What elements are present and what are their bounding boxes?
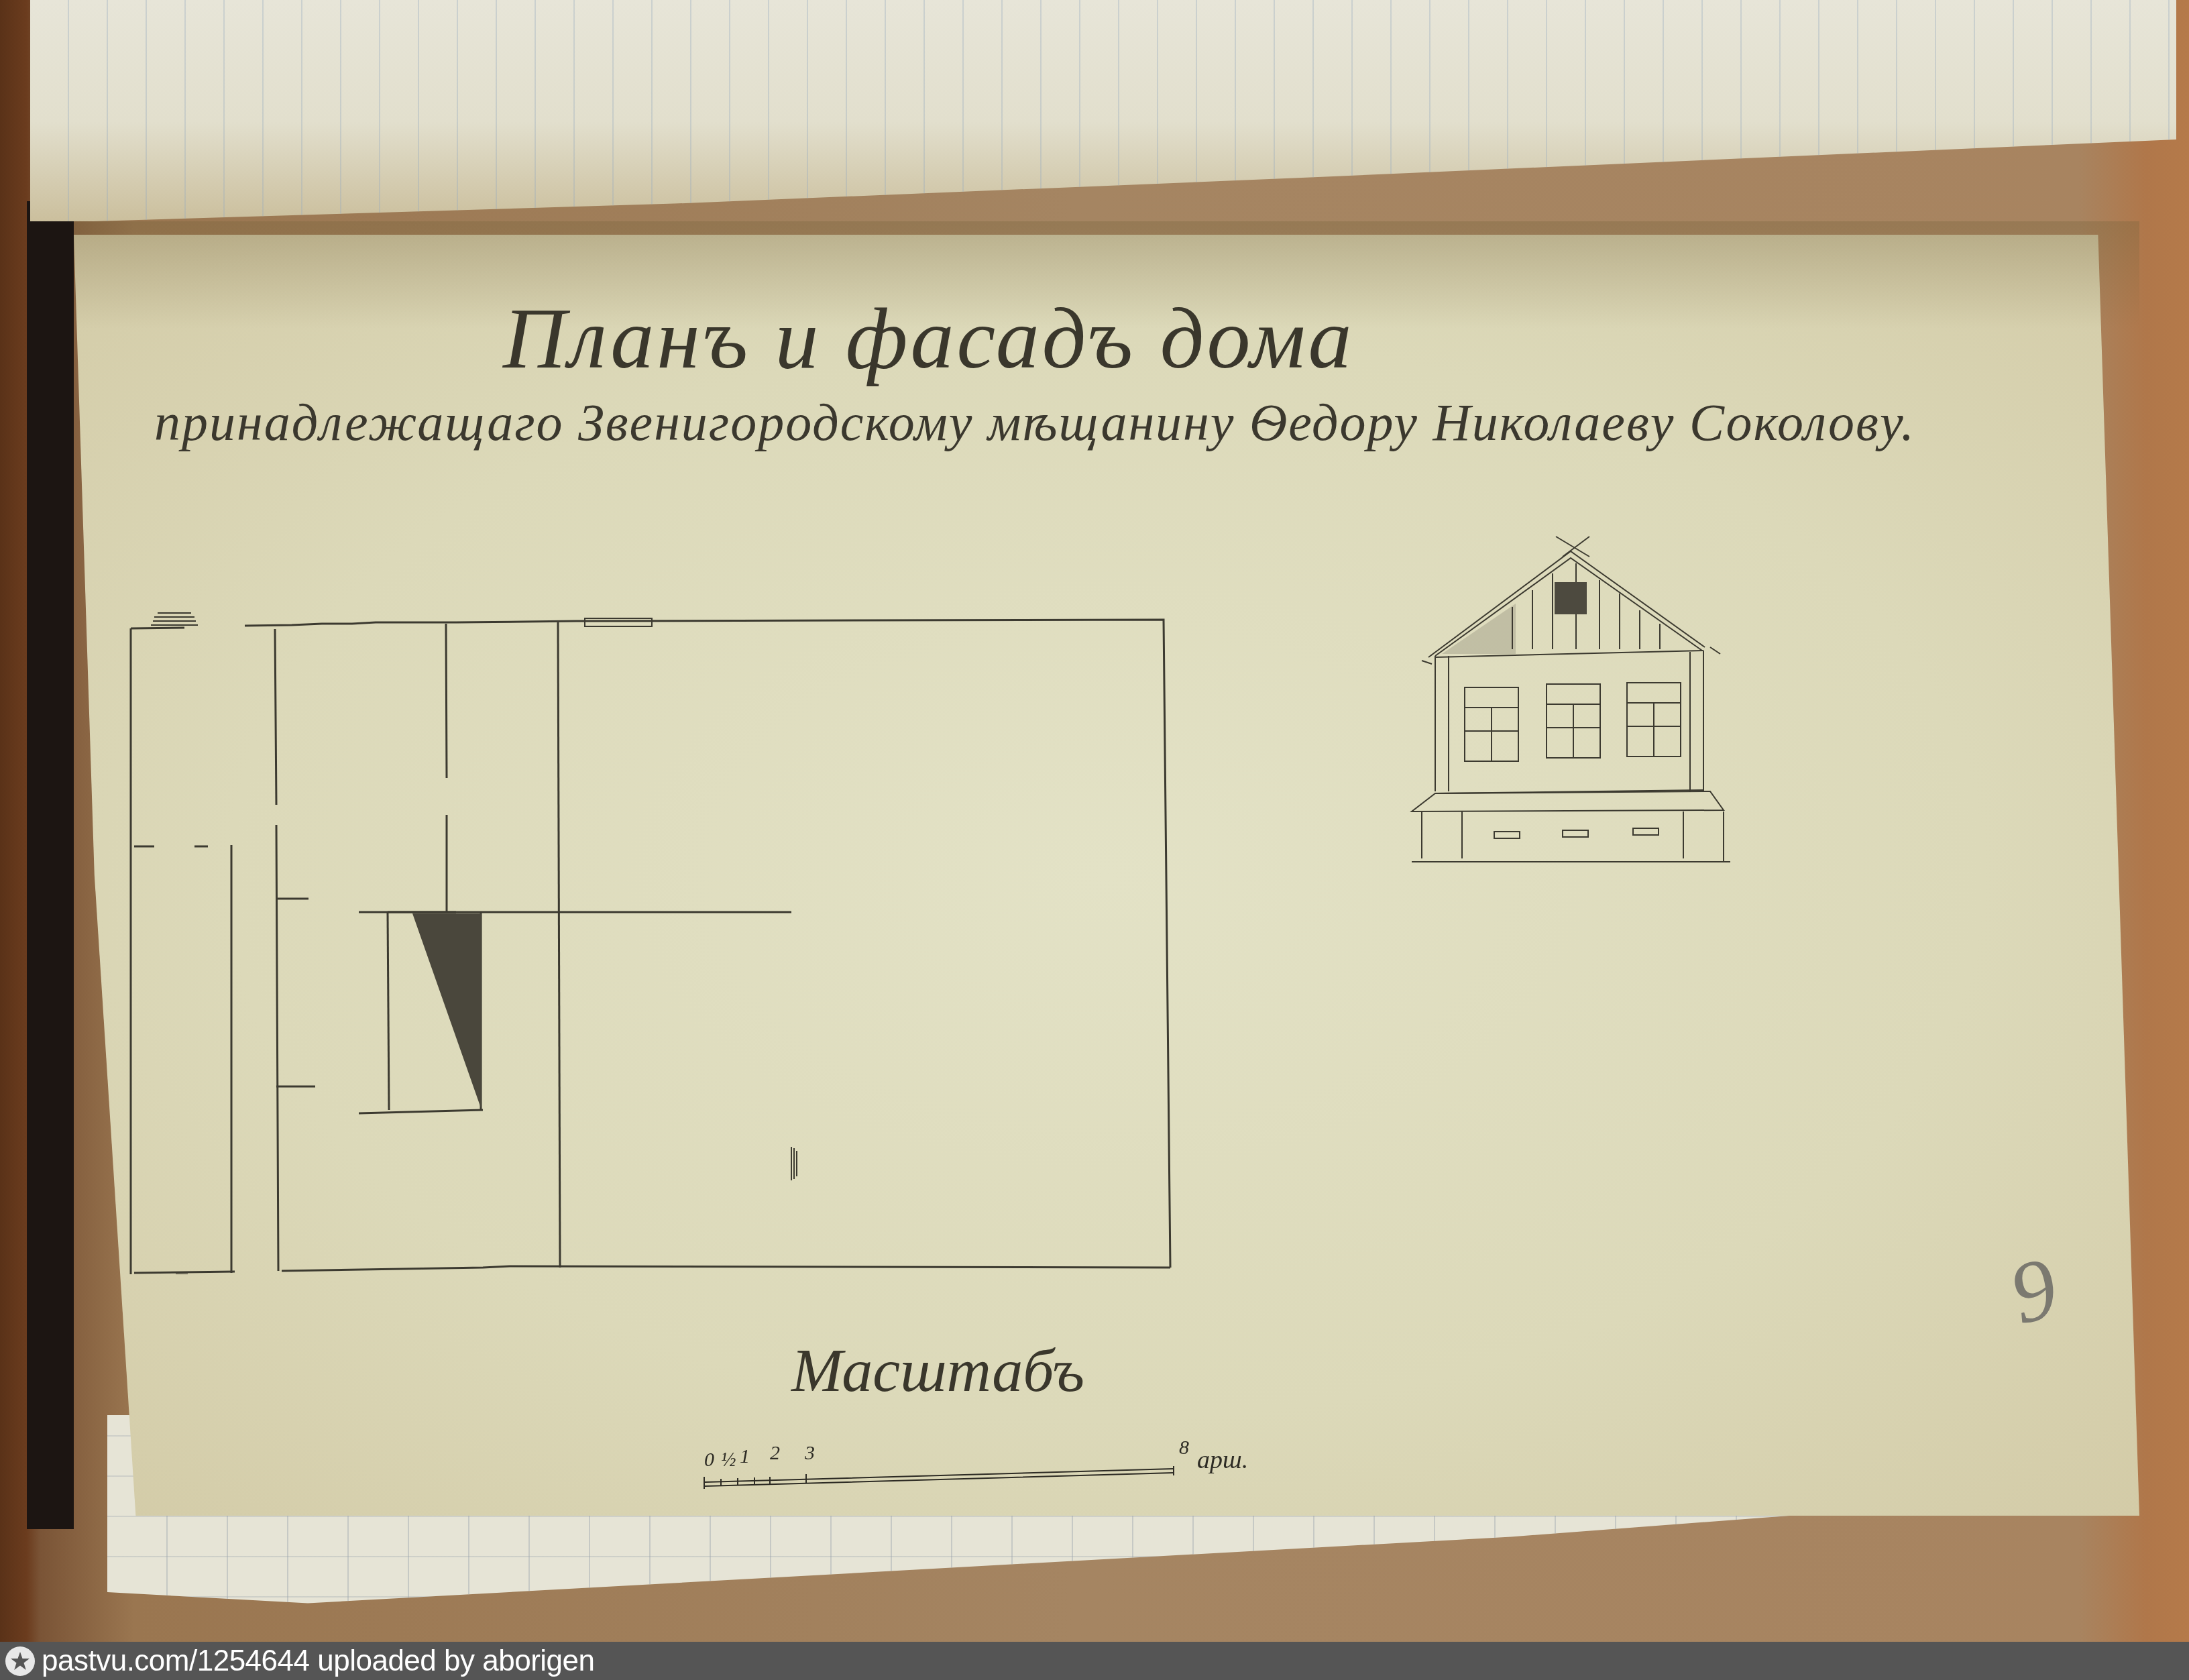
stove-hatching [412, 913, 481, 1108]
watermark-footer: pastvu.com/1254644 uploaded by aborigen [0, 1642, 2189, 1680]
scale-tick-2: 2 [770, 1442, 780, 1465]
watermark-caption: pastvu.com/1254644 uploaded by aborigen [42, 1642, 594, 1680]
house-facade-drawing [1395, 523, 1999, 1127]
floor-plan-drawing [121, 604, 1341, 1274]
document-subtitle: принадлежащаго Звенигородскому мѣщанину … [154, 392, 2099, 453]
scale-tick-0: 0 [704, 1449, 714, 1471]
scale-tick-1: 1 [740, 1445, 750, 1468]
scale-unit: арш. [1197, 1445, 1248, 1475]
pastvu-star-logo-icon [5, 1646, 35, 1676]
document-title: Планъ и фасадъ дома [503, 288, 1442, 389]
book-binding [27, 201, 74, 1529]
scale-heading: Масштабъ [791, 1335, 1084, 1406]
scale-tick-3: 3 [805, 1442, 815, 1465]
attic-window [1555, 582, 1587, 614]
scale-tick-8: 8 [1179, 1437, 1189, 1459]
plan-window-mark [585, 618, 652, 626]
scale-tick-half: ½ [721, 1449, 736, 1471]
